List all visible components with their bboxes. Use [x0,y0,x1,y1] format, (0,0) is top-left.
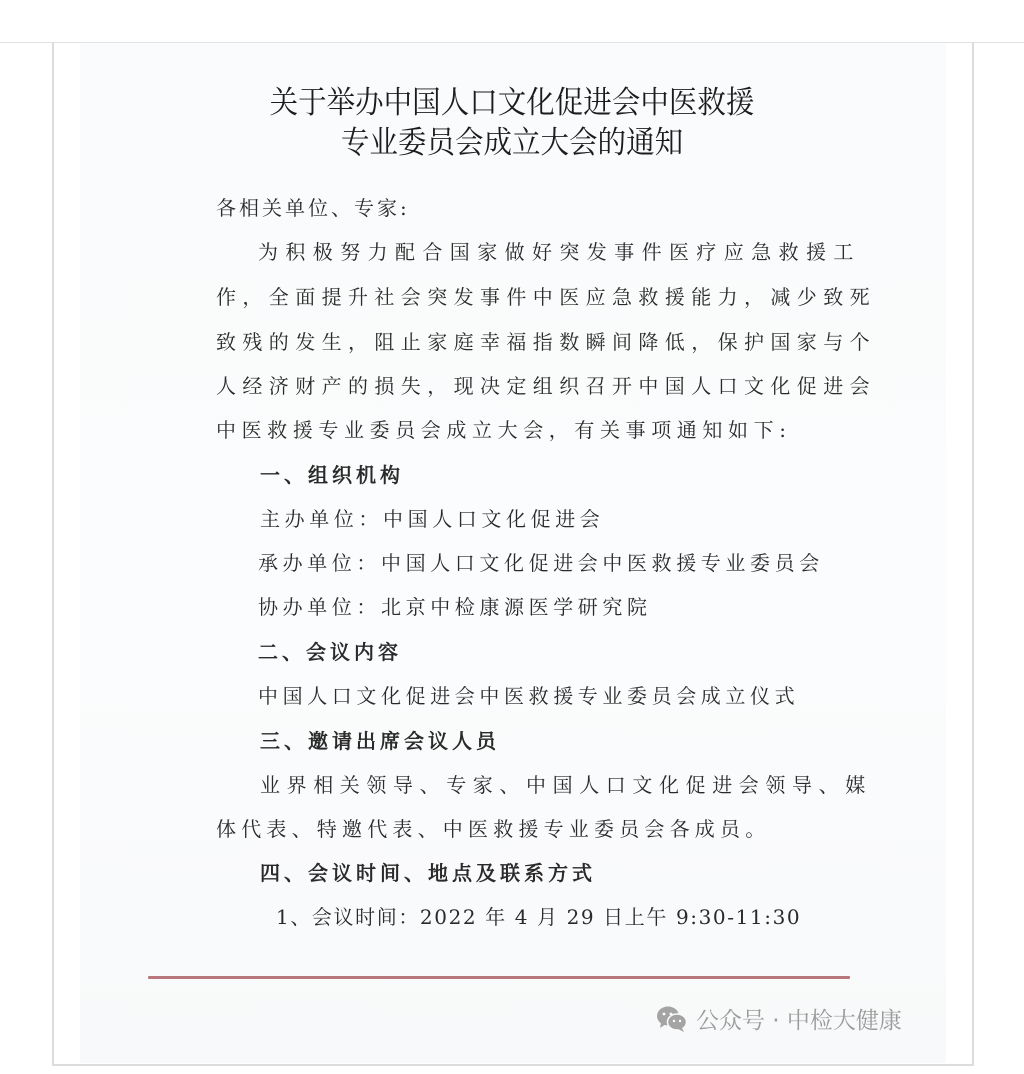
meeting-content: 中国人口文化促进会中医救援专业委员会成立仪式 [258,680,799,709]
section-heading-organization: 一、组织机构 [260,459,404,488]
intro-line: 作，全面提升社会突发事件中医应急救援能力，减少致死 [216,281,876,310]
section-heading-attendees: 三、邀请出席会议人员 [260,725,500,754]
salutation: 各相关单位、专家: [216,192,410,221]
intro-line: 为积极努力配合国家做好突发事件医疗应急救援工 [258,236,861,265]
red-separator-rule [148,976,850,979]
document-title-line-1: 关于举办中国人口文化促进会中医救援 [41,77,983,122]
intro-line: 中医救援专业委员会成立大会，有关事项通知如下: [216,414,792,443]
attendees-line: 体代表、特邀代表、中医救援专业委员会各成员。 [216,813,770,842]
wechat-icon [656,1005,688,1033]
intro-line: 致残的发生，阻止家庭幸福指数瞬间降低，保护国家与个 [216,326,876,355]
attendees-line: 业界相关领导、专家、中国人口文化促进会领导、媒 [260,769,872,798]
bottom-divider [52,1064,974,1066]
co-organizer-unit: 协办单位：北京中检康源医学研究院 [258,591,652,620]
document-title-line-2: 专业委员会成立大会的通知 [41,117,983,162]
organizer-unit: 承办单位：中国人口文化促进会中医救援专业委员会 [258,547,824,576]
intro-line: 人经济财产的损失，现决定组织召开中国人口文化促进会 [216,370,876,399]
section-heading-content: 二、会议内容 [258,636,402,665]
watermark-text: 公众号 · 中检大健康 [696,1002,902,1035]
host-unit: 主办单位：中国人口文化促进会 [260,503,604,532]
wechat-watermark: 公众号 · 中检大健康 [656,1002,902,1035]
section-heading-time-location: 四、会议时间、地点及联系方式 [260,857,596,886]
meeting-time: 1、会议时间：2022 年 4 月 29 日上午 9:30-11:30 [276,901,801,930]
